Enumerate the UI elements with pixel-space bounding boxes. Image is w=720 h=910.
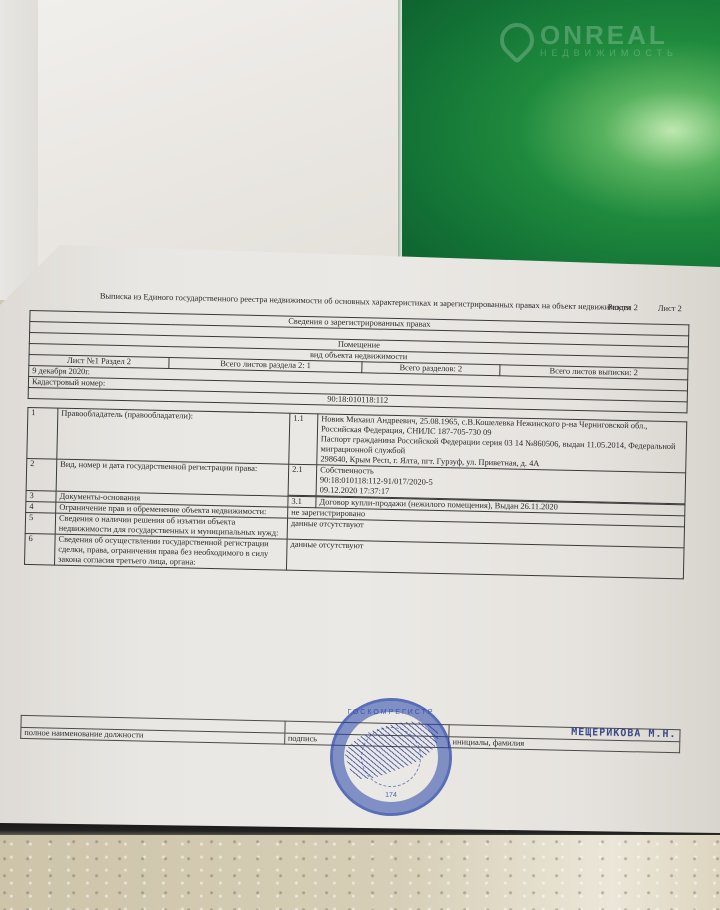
watermark-sub: НЕДВИЖИМОСТЬ (540, 48, 678, 58)
right-holder: Новик Михаил Андреевич, 25.08.1965, с.В.… (317, 414, 687, 473)
rights-table: 1 Правообладатель (правообладатели): 1.1… (24, 407, 687, 579)
section-label: Раздел 2 (608, 303, 638, 313)
stamp-number: 174 (385, 792, 397, 799)
watermark-brand: ONREAL (540, 22, 678, 48)
countertop (0, 835, 720, 910)
house-pin-icon (493, 16, 541, 64)
watermark: ONREAL НЕДВИЖИМОСТЬ (500, 22, 678, 58)
header-table: Сведения о зарегистрированных правах Пом… (28, 310, 690, 413)
sheet-label: Лист 2 (658, 304, 682, 314)
document-content: Выписка из Единого государственного реес… (20, 290, 690, 753)
blank-sheet (38, 0, 403, 272)
